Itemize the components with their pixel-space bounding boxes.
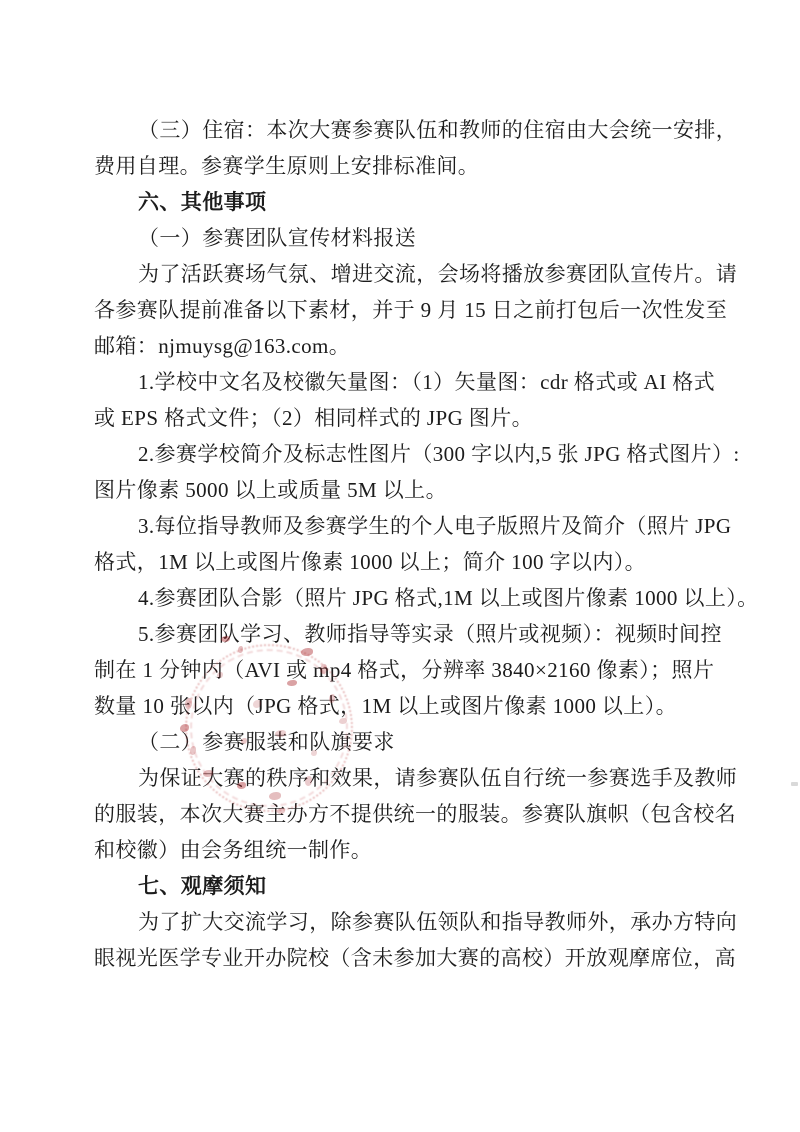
paragraph-line-email: 邮箱：njmuysg@163.com。	[94, 328, 716, 364]
document-body: （三）住宿：本次大赛参赛队伍和教师的住宿由大会统一安排， 费用自理。参赛学生原则…	[94, 112, 716, 976]
document-page: （三）住宿：本次大赛参赛队伍和教师的住宿由大会统一安排， 费用自理。参赛学生原则…	[0, 0, 800, 1132]
paragraph-line: 的服装，本次大赛主办方不提供统一的服装。参赛队旗帜（包含校名	[94, 796, 716, 832]
paragraph-line: 数量 10 张以内（JPG 格式，1M 以上或图片像素 1000 以上）。	[94, 688, 716, 724]
paragraph-line: 制在 1 分钟内（AVI 或 mp4 格式，分辨率 3840×2160 像素）；…	[94, 652, 716, 688]
list-item-5: 5.参赛团队学习、教师指导等实录（照片或视频）：视频时间控	[94, 616, 716, 652]
section-heading: 七、观摩须知	[94, 868, 716, 904]
paragraph-line: 各参赛队提前准备以下素材，并于 9 月 15 日之前打包后一次性发至	[94, 292, 716, 328]
subsection-heading: （二）参赛服装和队旗要求	[94, 724, 716, 760]
subsection-heading: （一）参赛团队宣传材料报送	[94, 220, 716, 256]
list-item-4: 4.参赛团队合影（照片 JPG 格式,1M 以上或图片像素 1000 以上）。	[94, 580, 716, 616]
paragraph-line: 和校徽）由会务组统一制作。	[94, 832, 716, 868]
list-item-2: 2.参赛学校简介及标志性图片（300 字以内,5 张 JPG 格式图片）:	[94, 436, 716, 472]
paragraph-line: 为了活跃赛场气氛、增进交流，会场将播放参赛团队宣传片。请	[94, 256, 716, 292]
list-item-3: 3.每位指导教师及参赛学生的个人电子版照片及简介（照片 JPG	[94, 508, 716, 544]
paragraph-line: （三）住宿：本次大赛参赛队伍和教师的住宿由大会统一安排，	[94, 112, 716, 148]
paragraph-line: 或 EPS 格式文件；（2）相同样式的 JPG 图片。	[94, 400, 716, 436]
paragraph-line: 格式，1M 以上或图片像素 1000 以上；简介 100 字以内）。	[94, 544, 716, 580]
paragraph-line: 眼视光医学专业开办院校（含未参加大赛的高校）开放观摩席位，高	[94, 940, 716, 976]
section-heading: 六、其他事项	[94, 184, 716, 220]
list-item-1: 1.学校中文名及校徽矢量图：（1）矢量图：cdr 格式或 AI 格式	[94, 364, 716, 400]
paragraph-line: 费用自理。参赛学生原则上安排标准间。	[94, 148, 716, 184]
paragraph-line: 为了扩大交流学习，除参赛队伍领队和指导教师外，承办方特向	[94, 904, 716, 940]
paragraph-line: 图片像素 5000 以上或质量 5M 以上。	[94, 472, 716, 508]
scan-artifact-mark	[791, 782, 798, 786]
paragraph-line: 为保证大赛的秩序和效果，请参赛队伍自行统一参赛选手及教师	[94, 760, 716, 796]
